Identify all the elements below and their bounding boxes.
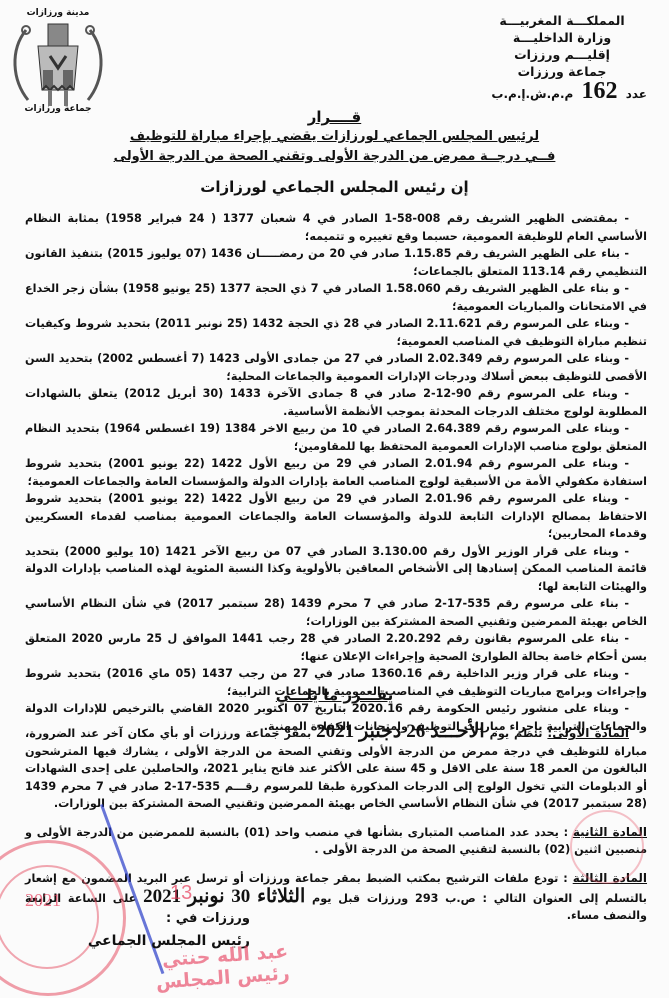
decision-subtitle-2: فــي درجــة ممرض من الدرجة الأولى وتقني … bbox=[0, 148, 669, 166]
stamp-year: 2021 bbox=[25, 890, 61, 911]
article-1-title: المادة الأولى: bbox=[547, 726, 629, 740]
legal-basis-item: - و بناء على الظهير الشريف رقم 1.58.060 … bbox=[25, 280, 647, 315]
decides-heading: يقـــرر ما يلـــي bbox=[0, 686, 669, 704]
ref-suffix: م.م.ش.إ.م.ب bbox=[491, 87, 573, 101]
coat-of-arms-icon bbox=[8, 20, 108, 116]
name-stamp: عبد الله حنتي رئيس المجلس bbox=[154, 940, 291, 993]
decision-heading: قــــرار bbox=[0, 108, 669, 126]
deadline-date-day: 30 bbox=[231, 886, 250, 907]
deadline-month: نونبر bbox=[188, 886, 225, 907]
reference-number: عدد 162 م.م.ش.إ.م.ب bbox=[491, 78, 647, 105]
article-1: المادة الأولى: تنظم يوم الأحـــد 26 دجنب… bbox=[25, 723, 647, 813]
legal-basis-item: - بناء على الظهير الشريف رقم 1.15.85 صاد… bbox=[25, 245, 647, 280]
official-stamp-inner-ring bbox=[0, 865, 99, 969]
legal-basis-item: - بناء على المرسوم بقانون رقم 2.20.292 ا… bbox=[25, 630, 647, 665]
legal-basis-item: - وبناء على قرار الوزير الأول رقم 3.130.… bbox=[25, 543, 647, 596]
legal-basis-item: - وبناء على المرسوم رقم 2.02.349 الصادر … bbox=[25, 350, 647, 385]
province-name: إقليـــم ورززات bbox=[477, 46, 647, 63]
legal-basis-item: - بناء على مرسوم رقم 535-17-2 صادر في 7 … bbox=[25, 595, 647, 630]
exam-date-day: 26 bbox=[406, 721, 425, 742]
legal-basis-item: - وبناء على المرسوم رقم 2.01.94 الصادر ف… bbox=[25, 455, 647, 490]
municipal-logo: مدينة ورزازات جماعة ورزازات bbox=[8, 8, 108, 118]
legal-basis-list: - بمقتضى الظهير الشريف رقم 008-58-1 الصا… bbox=[25, 210, 647, 735]
legal-basis-item: - وبناء على المرسوم رقم 90-12-2 صادر في … bbox=[25, 385, 647, 420]
legal-basis-item: - وبناء على المرسوم رقم 2.11.621 الصادر … bbox=[25, 315, 647, 350]
kingdom-name: المملكـــة المغربيـــة bbox=[477, 12, 647, 29]
registration-stamp bbox=[570, 810, 644, 884]
president-heading: إن رئيس المجلس الجماعي لورزازات bbox=[0, 178, 669, 196]
ref-number: 162 bbox=[582, 78, 618, 104]
legal-basis-item: - وبناء على المرسوم رقم 2.01.96 الصادر ف… bbox=[25, 490, 647, 543]
exam-month: دجنبر bbox=[359, 721, 401, 742]
legal-basis-item: - بمقتضى الظهير الشريف رقم 008-58-1 الصا… bbox=[25, 210, 647, 245]
deadline-day: الثلاثاء bbox=[257, 886, 305, 907]
signature-place: ورززات في : bbox=[150, 908, 250, 930]
legal-basis-item: - وبناء على المرسوم رقم 2.64.389 الصادر … bbox=[25, 420, 647, 455]
letterhead: المملكـــة المغربيـــة وزارة الداخليـــة… bbox=[477, 12, 647, 80]
decision-subtitle-1: لرئيس المجلس الجماعي لورزازات يقضي بإجرا… bbox=[0, 128, 669, 146]
exam-year: 2021 bbox=[316, 721, 354, 742]
ministry-name: وزارة الداخليـــة bbox=[477, 29, 647, 46]
date-stamp: 13 bbox=[170, 882, 192, 905]
logo-top-text: مدينة ورزازات bbox=[8, 8, 108, 18]
ref-label: عدد bbox=[626, 87, 647, 101]
article-1-intro: تنظم يوم bbox=[490, 727, 543, 740]
document-title: قــــرار لرئيس المجلس الجماعي لورزازات ي… bbox=[0, 108, 669, 196]
exam-day: الأحـــد bbox=[430, 721, 485, 742]
